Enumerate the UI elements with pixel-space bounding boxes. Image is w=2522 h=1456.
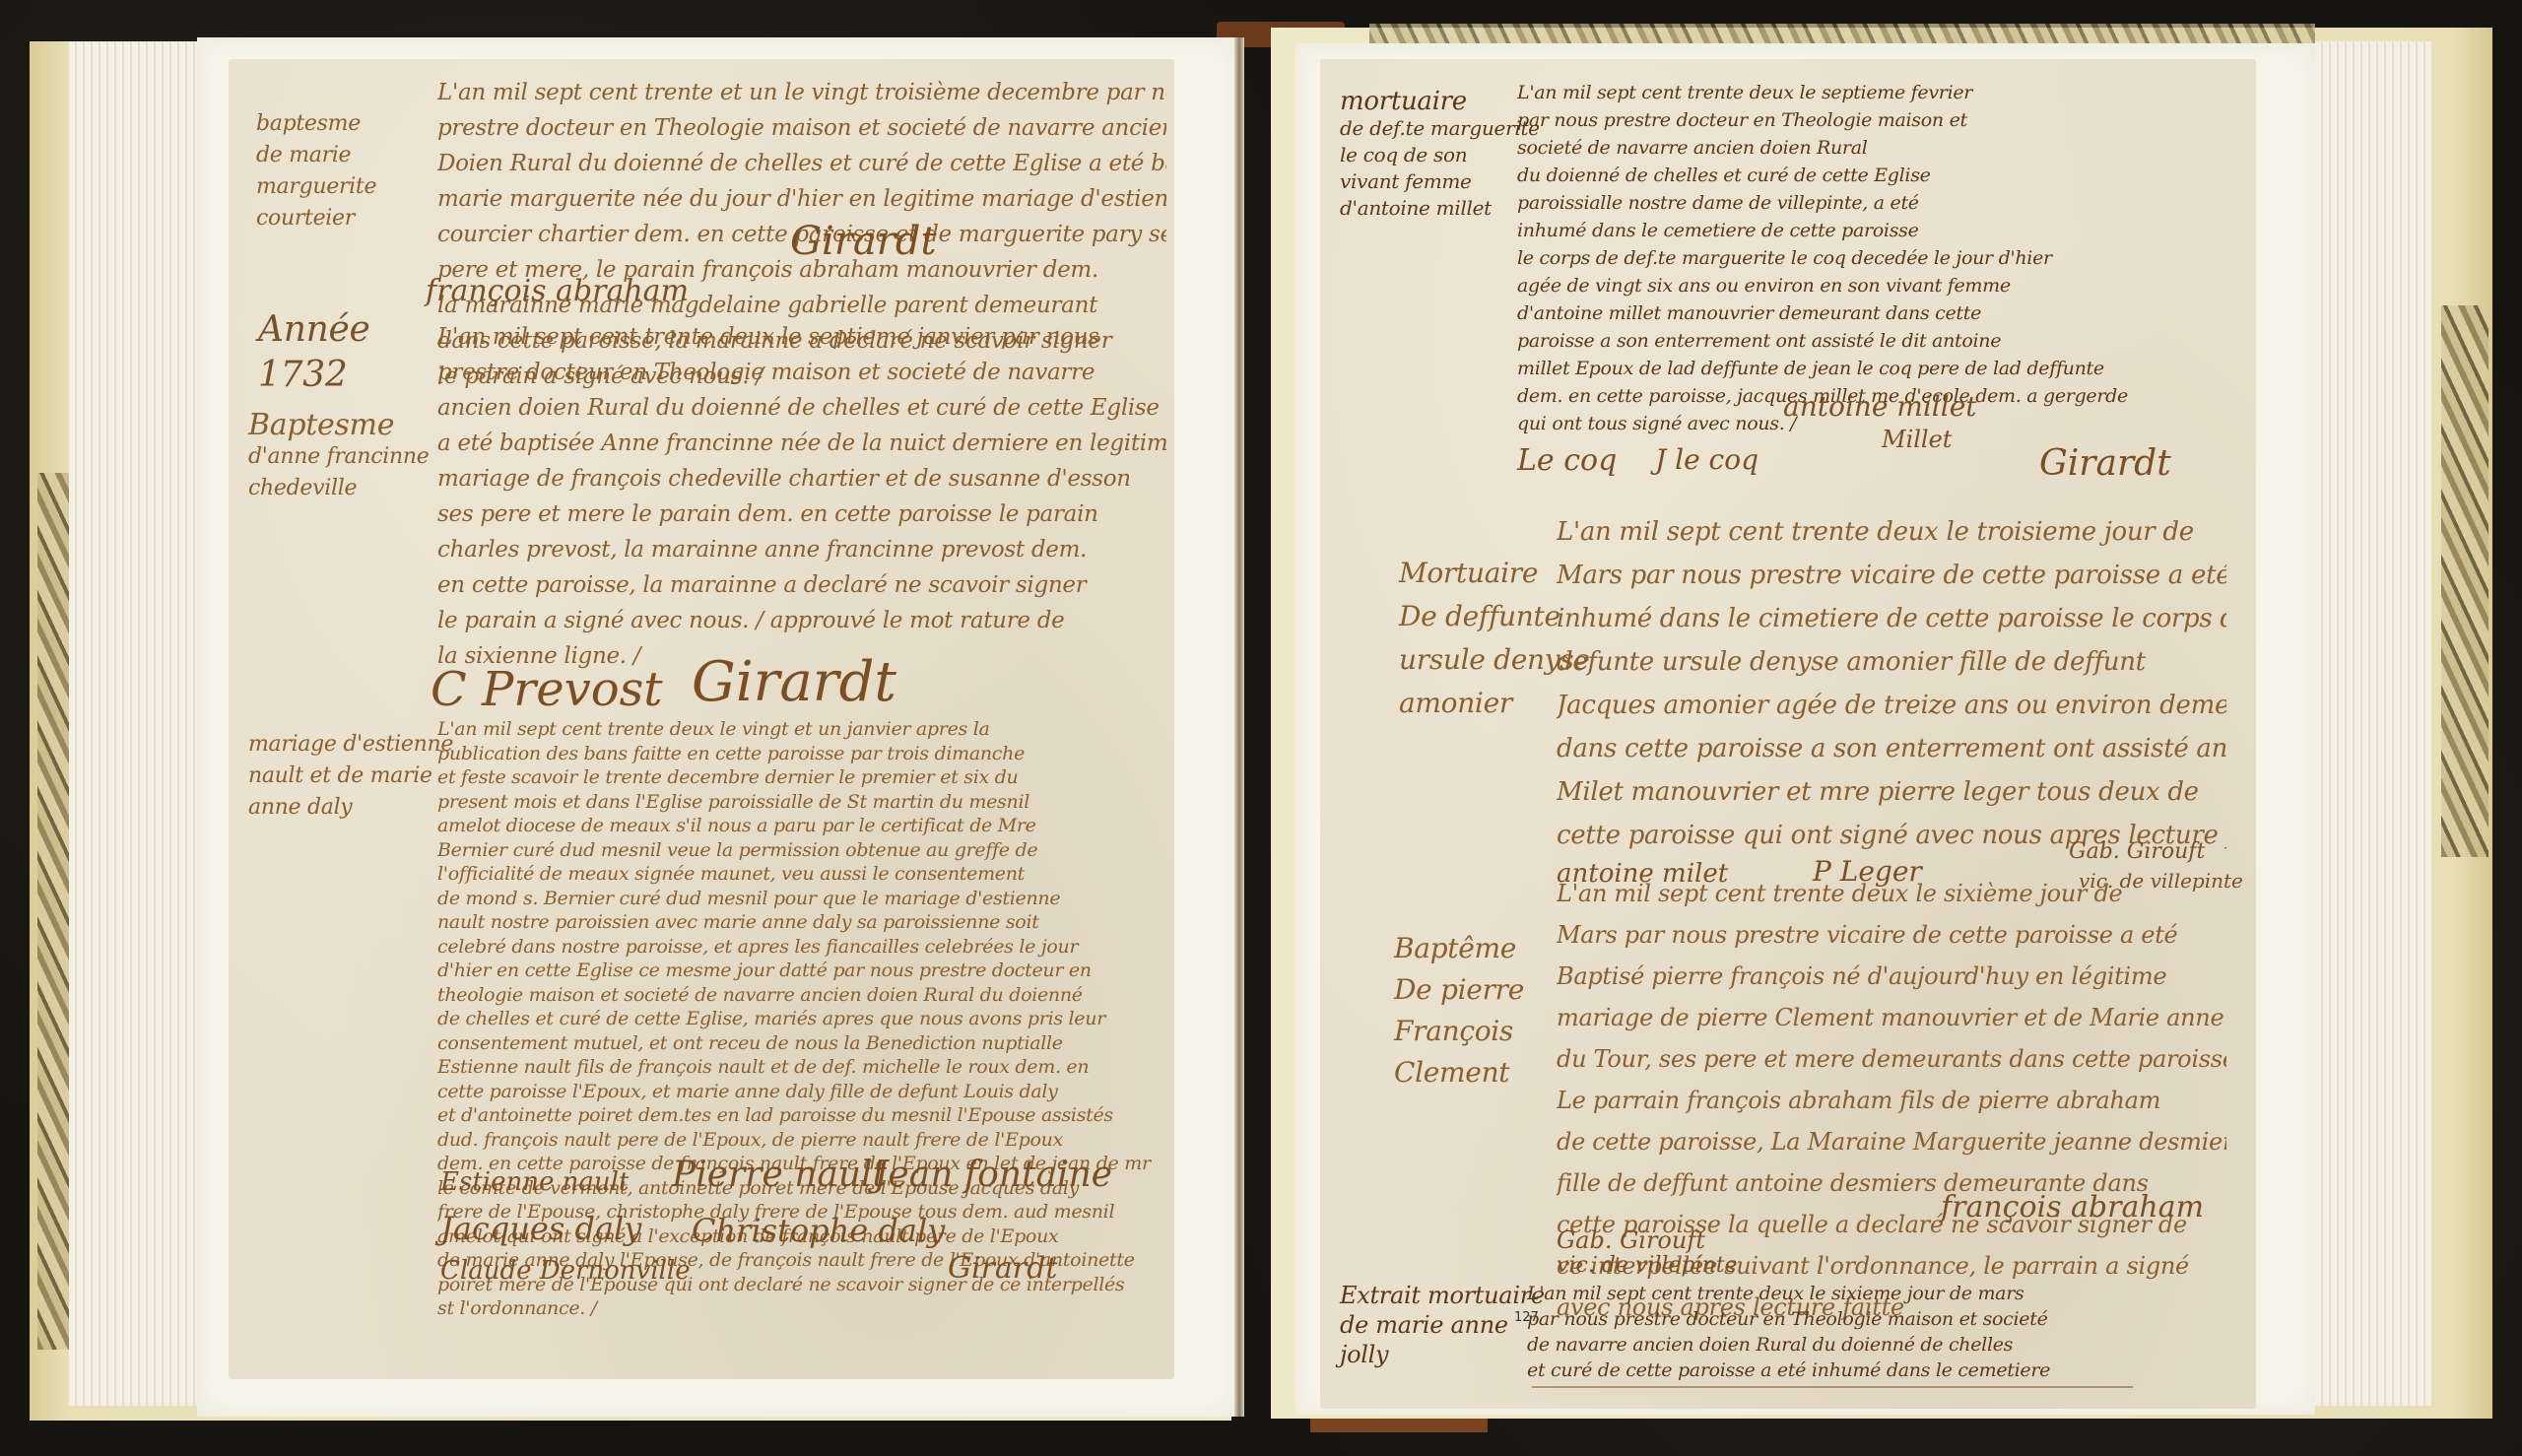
text-line: cette paroisse l'Epoux, et marie anne da… — [437, 1080, 1166, 1104]
strike-rule — [1532, 1386, 2133, 1388]
margin-note-marriage-nault-daly: mariage d'estienne nault et de marie ann… — [248, 729, 453, 824]
text-line: par nous prestre docteur en Theologie ma… — [1517, 106, 2207, 134]
signature-girardt: Girardt — [692, 650, 896, 714]
margin-line: le coq de son — [1340, 142, 1540, 168]
margin-line: d'antoine millet — [1340, 195, 1540, 222]
text-line: L'an mil sept cent trente et un le vingt… — [437, 75, 1166, 110]
text-line: Mars par nous prestre vicaire de cette p… — [1557, 554, 2226, 597]
text-line: par nous prestre docteur en Theologie ma… — [1527, 1306, 2217, 1332]
text-line: inhumé dans le cimetiere de cette parois… — [1557, 597, 2226, 640]
text-line: Jacques amonier agée de treize ans ou en… — [1557, 684, 2226, 727]
margin-line: jolly — [1340, 1340, 1545, 1369]
text-line: nault nostre paroissien avec marie anne … — [437, 910, 1166, 935]
text-line: en cette paroisse, la marainne a declaré… — [437, 567, 1166, 603]
text-line: marie marguerite née du jour d'hier en l… — [437, 181, 1166, 217]
signature-jacques-daly: Jacques daly — [440, 1210, 641, 1247]
signature-antoine-millet: antoine millet — [1783, 390, 1977, 423]
text-line: de mond s. Bernier curé dud mesnil pour … — [437, 887, 1166, 911]
text-line: st l'ordonnance. / — [437, 1296, 1166, 1321]
margin-note-baptism-anne-francinne: Baptesme d'anne francinne chedeville — [248, 410, 429, 504]
margin-line: baptesme — [256, 108, 376, 140]
text-line: present mois et dans l'Eglise paroissial… — [437, 790, 1166, 815]
right-manuscript-sheet: mortuaire de def.te marguerite le coq de… — [1320, 59, 2256, 1409]
signature-girardt: Girardt — [790, 219, 937, 264]
signature-c-prevost: C Prevost — [431, 662, 663, 717]
year-label: Année — [258, 307, 369, 353]
margin-line: nault et de marie — [248, 761, 453, 792]
text-line: prestre docteur en Theologie maison et s… — [437, 110, 1166, 146]
signature-estienne-nault: Estienne nault — [440, 1167, 629, 1197]
text-line: de navarre ancien doien Rural du doienné… — [1527, 1332, 2217, 1357]
text-line: theologie maison et societé de navarre a… — [437, 983, 1166, 1008]
signature-francois-abraham: françois abraham — [426, 274, 689, 308]
margin-note-mortuary-marguerite-le-coq: mortuaire de def.te marguerite le coq de… — [1340, 89, 1540, 222]
text-line: d'antoine millet manouvrier demeurant da… — [1517, 299, 2207, 327]
signature-girardt: Girardt — [2039, 443, 2171, 484]
entry-body-mortuary-marie-anne-jolly: L'an mil sept cent trente deux le sixiem… — [1527, 1281, 2217, 1383]
text-line: amelot diocese de meaux s'il nous a paru… — [437, 814, 1166, 838]
text-line: societé de navarre ancien doien Rural — [1517, 134, 2207, 162]
signature-gab-girouft: Gab. Girouft — [1557, 1226, 1705, 1254]
text-line: Bernier curé dud mesnil veue la permissi… — [437, 838, 1166, 863]
left-page-stack — [69, 41, 207, 1406]
margin-line: Baptesme — [248, 410, 429, 441]
top-marbled-endpaper — [1369, 24, 2315, 43]
text-line: mariage de pierre Clement manouvrier et … — [1557, 997, 2226, 1038]
text-line: charles prevost, la marainne anne franci… — [437, 532, 1166, 567]
text-line: du Tour, ses pere et mere demeurants dan… — [1557, 1038, 2226, 1080]
margin-line: De pierre — [1394, 969, 1524, 1011]
text-line: mariage de françois chedeville chartier … — [437, 461, 1166, 496]
margin-line: marguerite — [256, 171, 376, 203]
margin-note-baptism-marie-marguerite: baptesme de marie marguerite courteier — [256, 108, 376, 234]
text-line: L'an mil sept cent trente deux le sixièm… — [1557, 873, 2226, 914]
year-value: 1732 — [258, 353, 369, 398]
signature-claude-dernonville: Claude Dernonville — [440, 1256, 691, 1286]
signature-christophe-daly: Christophe daly — [692, 1212, 945, 1249]
text-line: d'hier en cette Eglise ce mesme jour dat… — [437, 959, 1166, 983]
text-line: publication des bans faitte en cette par… — [437, 742, 1166, 766]
signature-pierre-nault: Pierre nault — [672, 1155, 887, 1195]
margin-line: de def.te marguerite — [1340, 115, 1540, 142]
text-line: L'an mil sept cent trente deux le vingt … — [437, 717, 1166, 742]
text-line: L'an mil sept cent trente deux le septie… — [1517, 79, 2207, 106]
text-line: et d'antoinette poiret dem.tes en lad pa… — [437, 1103, 1166, 1128]
text-line: Baptisé pierre françois né d'aujourd'huy… — [1557, 956, 2226, 997]
text-line: paroissialle nostre dame de villepinte, … — [1517, 189, 2207, 217]
text-line: agée de vingt six ans ou environ en son … — [1517, 272, 2207, 299]
margin-line: mortuaire — [1340, 89, 1540, 115]
text-line: L'an mil sept cent trente deux le sixiem… — [1527, 1281, 2217, 1306]
text-line: L'an mil sept cent trente deux le septie… — [437, 319, 1166, 355]
text-line: Doien Rural du doienné de chelles et cur… — [437, 146, 1166, 181]
text-line: de chelles et curé de cette Eglise, mari… — [437, 1007, 1166, 1031]
right-marbled-endpaper — [2441, 305, 2489, 857]
text-line: celebré dans nostre paroisse, et apres l… — [437, 935, 1166, 960]
text-line: defunte ursule denyse amonier fille de d… — [1557, 640, 2226, 684]
text-line: L'an mil sept cent trente deux le troisi… — [1557, 510, 2226, 554]
signature-vicar-villepinte: vic. de villepinte — [1557, 1253, 1738, 1278]
text-line: inhumé dans le cemetiere de cette parois… — [1517, 217, 2207, 244]
page-number: 127 — [1514, 1310, 1539, 1325]
margin-line: Baptême — [1394, 928, 1524, 969]
text-line: Mars par nous prestre vicaire de cette p… — [1557, 914, 2226, 956]
text-line: consentement mutuel, et ont receu de nou… — [437, 1031, 1166, 1056]
margin-line: chedeville — [248, 473, 429, 504]
text-line: le parain a signé avec nous. / approuvé … — [437, 603, 1166, 638]
text-line: prestre docteur en Theologie maison et s… — [437, 355, 1166, 390]
signature-j-le-coq: J le coq — [1655, 443, 1759, 476]
text-line: dud. françois nault pere de l'Epoux, de … — [437, 1128, 1166, 1153]
margin-line: Clement — [1394, 1052, 1524, 1093]
text-line: l'officialité de meaux signée maunet, ve… — [437, 862, 1166, 887]
text-line: ses pere et mere le parain dem. en cette… — [437, 496, 1166, 532]
year-note: Année 1732 — [258, 307, 369, 398]
text-line: le corps de def.te marguerite le coq dec… — [1517, 244, 2207, 272]
margin-line: vivant femme — [1340, 168, 1540, 195]
text-line: paroisse a son enterrement ont assisté l… — [1517, 327, 2207, 355]
margin-line: de marie — [256, 140, 376, 171]
text-line: ancien doien Rural du doienné de chelles… — [437, 390, 1166, 426]
text-line: Le parrain françois abraham fils de pier… — [1557, 1080, 2226, 1121]
text-line: a eté baptisée Anne francinne née de la … — [437, 426, 1166, 461]
signature-girardt: Girardt — [948, 1251, 1057, 1286]
margin-line: d'anne francinne — [248, 441, 429, 473]
right-page-stack — [2315, 41, 2431, 1406]
text-line: du doienné de chelles et curé de cette E… — [1517, 162, 2207, 189]
signature-francois-abraham: françois abraham — [1941, 1190, 2204, 1224]
left-manuscript-sheet: baptesme de marie marguerite courteier L… — [229, 59, 1174, 1379]
text-line: et feste scavoir le trente decembre dern… — [437, 765, 1166, 790]
margin-note-mortuary-marie-anne-jolly: Extrait mortuaire de marie anne jolly — [1340, 1281, 1545, 1369]
text-line: millet Epoux de lad deffunte de jean le … — [1517, 355, 2207, 382]
text-line: de cette paroisse, La Maraine Marguerite… — [1557, 1121, 2226, 1162]
text-line: Estienne nault fils de françois nault et… — [437, 1055, 1166, 1080]
signature-millet: Millet — [1882, 426, 1952, 453]
margin-line: courteier — [256, 203, 376, 234]
spacer — [1557, 790, 2226, 873]
entry-body-mortuary-marguerite-le-coq: L'an mil sept cent trente deux le septie… — [1517, 79, 2207, 437]
margin-note-baptism-pierre-francois-clement: Baptême De pierre François Clement — [1394, 928, 1524, 1093]
margin-line: François — [1394, 1011, 1524, 1052]
margin-line: mariage d'estienne — [248, 729, 453, 761]
margin-line: Extrait mortuaire — [1340, 1281, 1545, 1310]
signature-jean-fontaine: Jean fontaine — [874, 1155, 1112, 1195]
entry-body-baptism-anne-francinne: L'an mil sept cent trente deux le septie… — [437, 319, 1166, 674]
text-line: dans cette paroisse a son enterrement on… — [1557, 727, 2226, 770]
signature-le-coq: Le coq — [1517, 443, 1617, 478]
book-gutter — [1234, 37, 1244, 1417]
text-line: et curé de cette paroisse a eté inhumé d… — [1527, 1357, 2217, 1383]
margin-line: anne daly — [248, 792, 453, 824]
